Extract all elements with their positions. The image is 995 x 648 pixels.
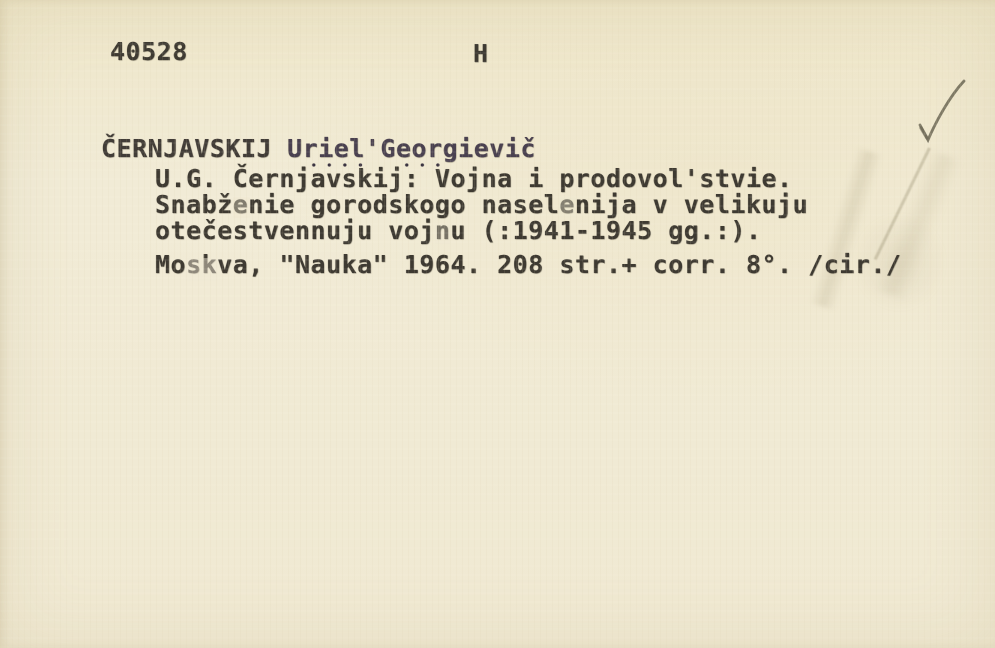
name-part-underdotted: eor: [396, 134, 443, 163]
name-part: U: [287, 134, 303, 163]
pencil-checkmark-icon: [903, 74, 973, 152]
name-part: gievič: [443, 134, 536, 163]
title-line-3: otečestvennuju vojnu (:1941-1945 gg.:).: [155, 218, 762, 244]
author-given-name: Uriel'Georgievič: [287, 134, 536, 163]
author-heading: ČERNJAVSKIJUriel'Georgievič: [101, 136, 536, 162]
pencil-smudge: [809, 147, 883, 310]
title-line-2: Snabženie gorodskogo naselenija v veliku…: [155, 192, 808, 218]
title-line-1: U.G. Černjavskij: Vojna i prodovol'stvie…: [155, 166, 793, 192]
call-number: 40528: [110, 39, 188, 65]
imprint-line: Moskva, "Nauka" 1964. 208 str.+ corr. 8°…: [155, 252, 901, 278]
pencil-smudge-line: [874, 147, 931, 260]
section-letter: H: [473, 41, 489, 67]
author-surname: ČERNJAVSKIJ: [101, 134, 272, 163]
name-part: 'G: [365, 134, 396, 163]
catalog-card: 40528 H ČERNJAVSKIJUriel'Georgievič U.G.…: [0, 0, 995, 648]
paper-texture: [0, 0, 995, 648]
name-part-underdotted: riel: [303, 134, 365, 163]
